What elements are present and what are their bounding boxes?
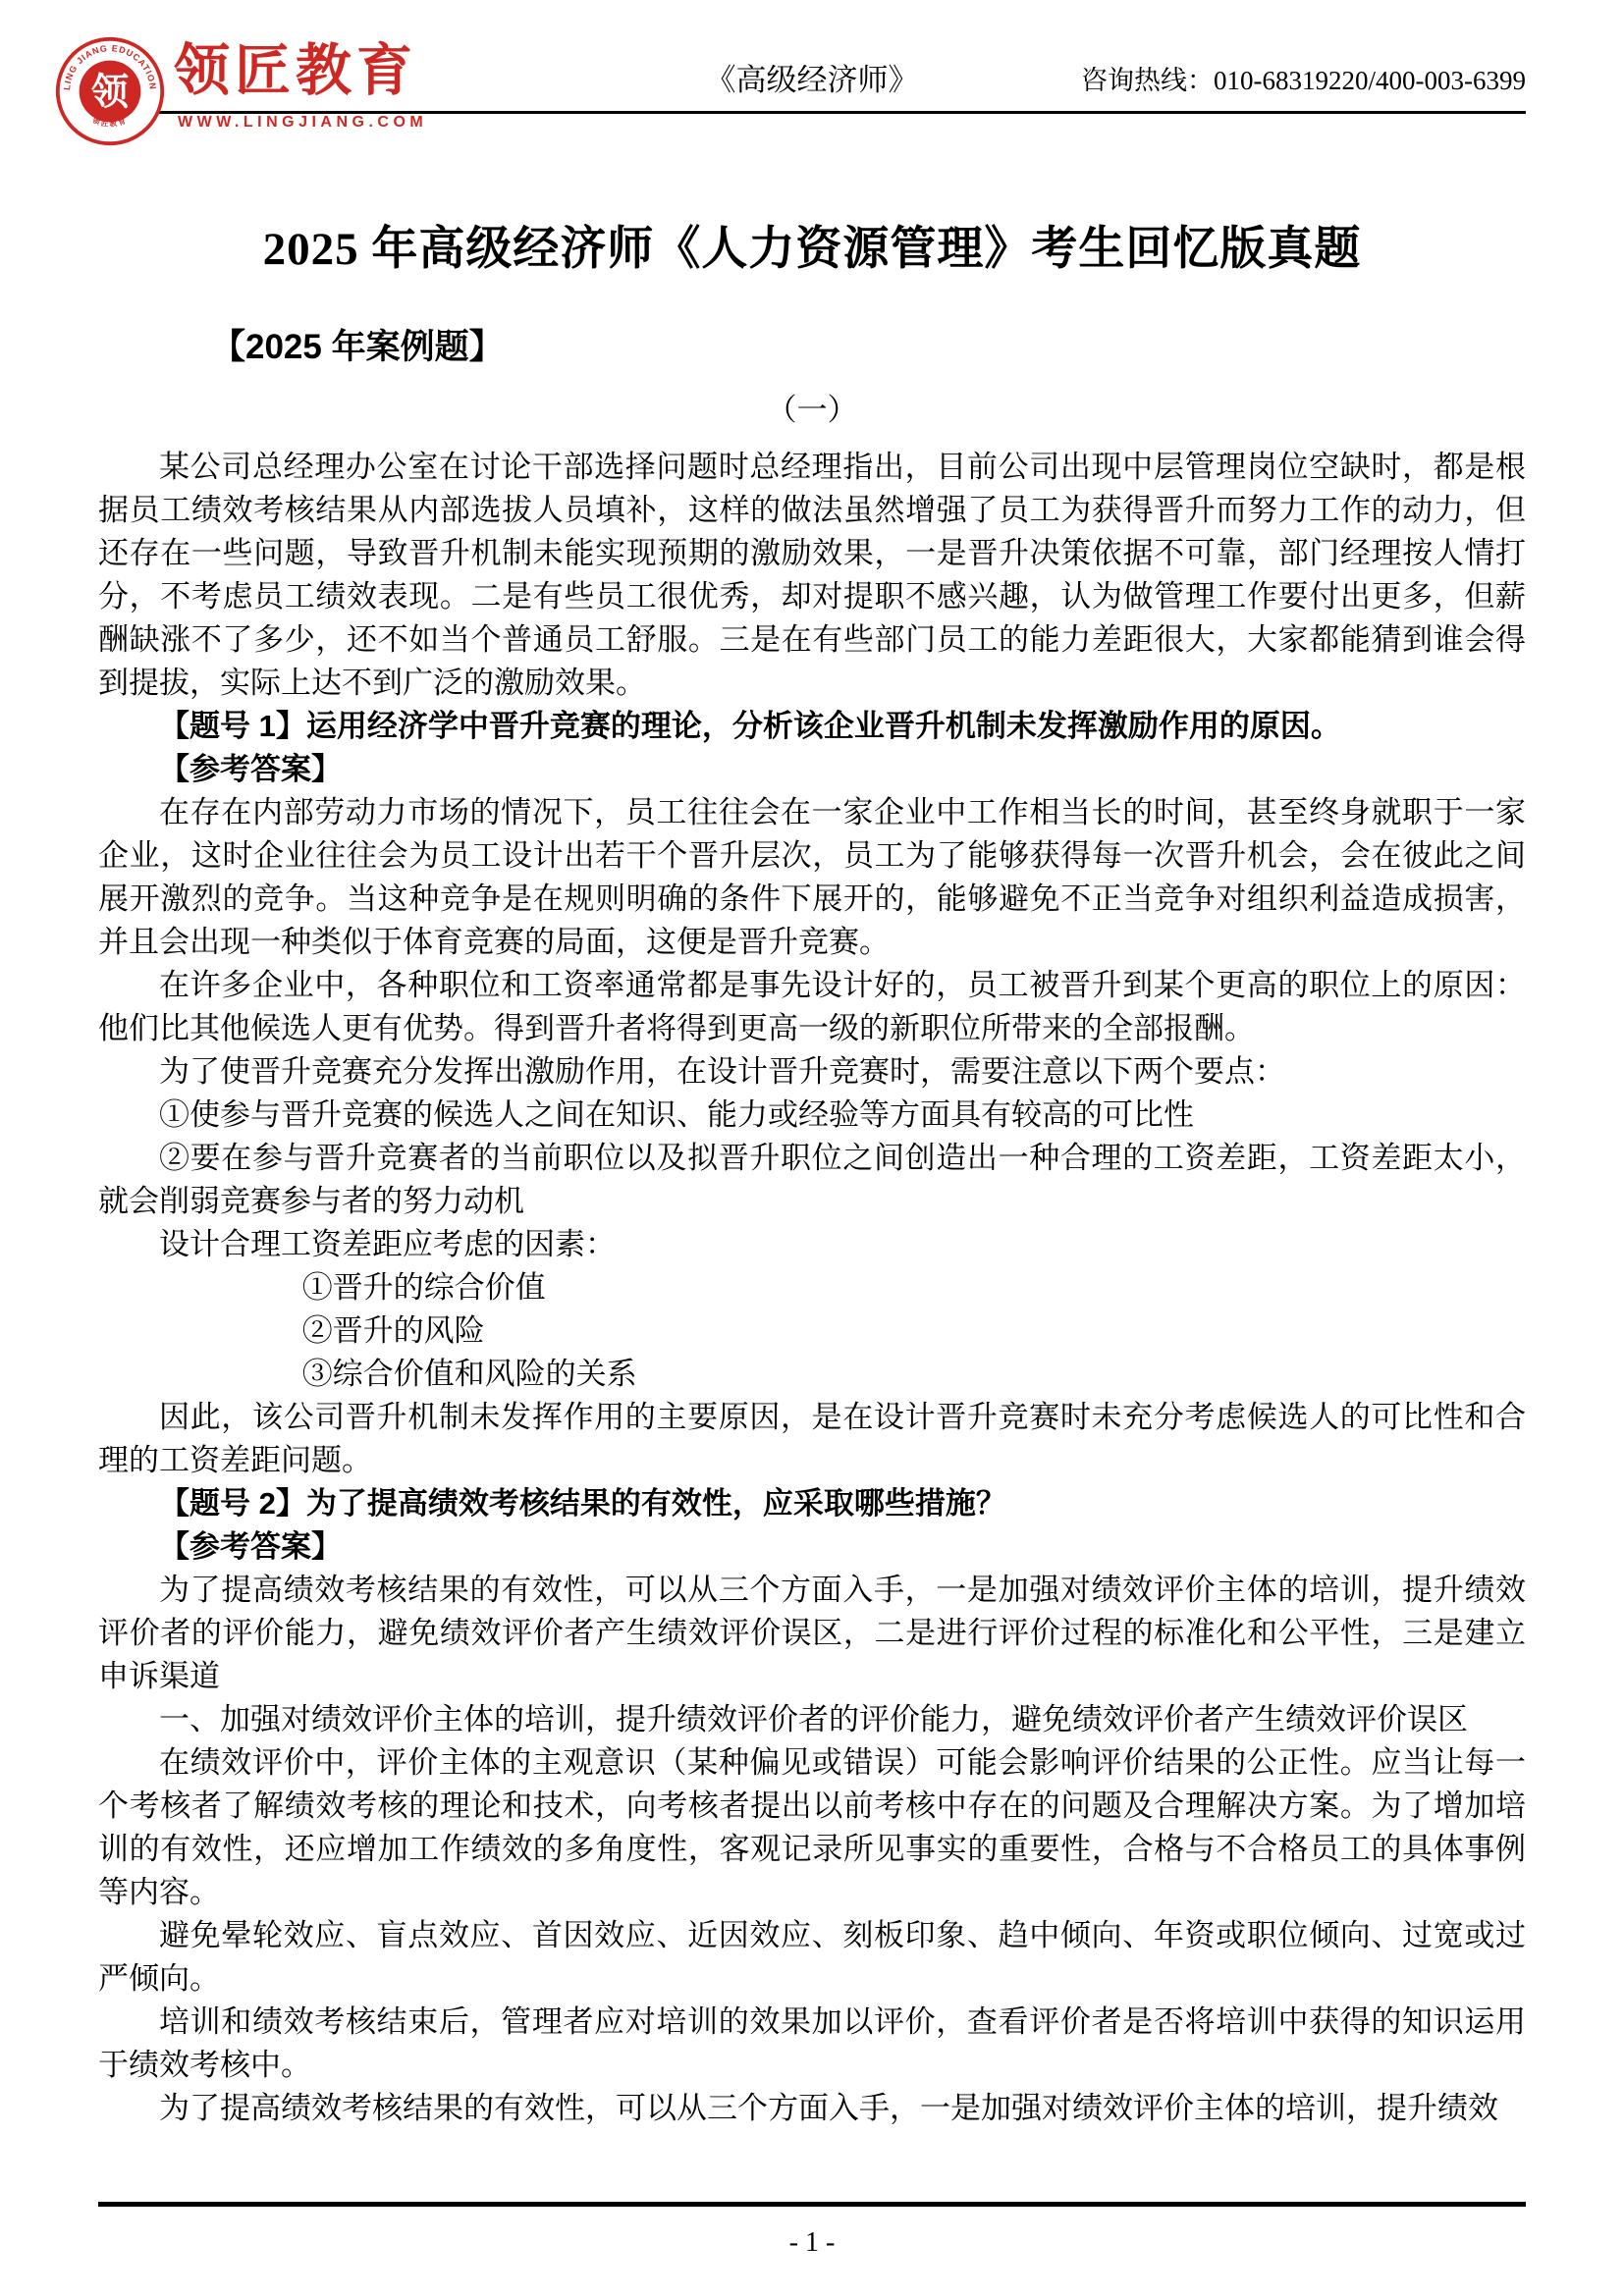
body-paragraph: 在许多企业中，各种职位和工资率通常都是事先设计好的，员工被晋升到某个更高的职位上… [98, 964, 1526, 1050]
body-paragraph: 培训和绩效考核结束后，管理者应对培训的效果加以评价，查看评价者是否将培训中获得的… [98, 2001, 1526, 2087]
body-paragraph: 一、加强对绩效评价主体的培训，提升绩效评价者的评价能力，避免绩效评价者产生绩效评… [98, 1698, 1526, 1741]
page-footer: - 1 - [0, 2202, 1624, 2296]
question-heading: 【题号 2】为了提高绩效考核结果的有效性，应采取哪些措施？ [98, 1482, 1526, 1525]
body-paragraph: 在绩效评价中，评价主体的主观意识（某种偏见或错误）可能会影响评价结果的公正性。应… [98, 1741, 1526, 1914]
seal-center-character: 领 [91, 72, 130, 113]
answer-sub-item: ③综合价值和风险的关系 [98, 1353, 1526, 1396]
header-hotline: 咨询热线：010-68319220/400-003-6399 [1081, 59, 1526, 97]
document-main: 2025 年高级经济师《人力资源管理》考生回忆版真题 【2025 年案例题】 （… [98, 220, 1526, 2130]
body-paragraph: ①使参与晋升竞赛的候选人之间在知识、能力或经验等方面具有较高的可比性 [98, 1094, 1526, 1137]
document-page: 领 LING JIANG EDUCATION 领匠教育 领匠教育 WWW.LIN… [0, 0, 1624, 2296]
brand-seal-icon: 领 LING JIANG EDUCATION 领匠教育 [54, 35, 166, 147]
answer-sub-item: ②晋升的风险 [98, 1309, 1526, 1353]
answer-sub-item: ①晋升的综合价值 [98, 1266, 1526, 1309]
document-body: 某公司总经理办公室在讨论干部选择问题时总经理指出，目前公司出现中层管理岗位空缺时… [98, 446, 1526, 2130]
body-paragraph: 为了提高绩效考核结果的有效性，可以从三个方面入手，一是加强对绩效评价主体的培训，… [98, 2087, 1526, 2130]
brand-logo: 领 LING JIANG EDUCATION 领匠教育 领匠教育 WWW.LIN… [54, 35, 466, 153]
body-paragraph: 在存在内部劳动力市场的情况下，员工往往会在一家企业中工作相当长的时间，甚至终身就… [98, 791, 1526, 964]
page-header: 领 LING JIANG EDUCATION 领匠教育 领匠教育 WWW.LIN… [0, 0, 1624, 147]
question-heading: 【题号 1】运用经济学中晋升竞赛的理论，分析该企业晋升机制未发挥激励作用的原因。 [98, 705, 1526, 748]
footer-divider [98, 2202, 1526, 2207]
answer-label: 【参考答案】 [98, 748, 1526, 791]
body-paragraph: 某公司总经理办公室在讨论干部选择问题时总经理指出，目前公司出现中层管理岗位空缺时… [98, 446, 1526, 705]
body-paragraph: 设计合理工资差距应考虑的因素： [98, 1223, 1526, 1266]
body-paragraph: 避免晕轮效应、盲点效应、首因效应、近因效应、刻板印象、趋中倾向、年资或职位倾向、… [98, 1914, 1526, 2001]
case-number: （一） [98, 389, 1526, 432]
body-paragraph: 为了使晋升竞赛充分发挥出激励作用，在设计晋升竞赛时，需要注意以下两个要点： [98, 1050, 1526, 1094]
body-paragraph: 因此，该公司晋升机制未发挥作用的主要原因，是在设计晋升竞赛时未充分考虑候选人的可… [98, 1396, 1526, 1482]
brand-website: WWW.LINGJIANG.COM [178, 114, 427, 132]
document-title: 2025 年高级经济师《人力资源管理》考生回忆版真题 [98, 220, 1526, 279]
section-heading: 【2025 年案例题】 [211, 326, 1526, 369]
brand-name: 领匠教育 [174, 41, 417, 100]
answer-label: 【参考答案】 [98, 1525, 1526, 1569]
page-number: - 1 - [0, 2227, 1624, 2259]
body-paragraph: 为了提高绩效考核结果的有效性，可以从三个方面入手，一是加强对绩效评价主体的培训，… [98, 1569, 1526, 1698]
body-paragraph: ②要在参与晋升竞赛者的当前职位以及拟晋升职位之间创造出一种合理的工资差距，工资差… [98, 1137, 1526, 1223]
